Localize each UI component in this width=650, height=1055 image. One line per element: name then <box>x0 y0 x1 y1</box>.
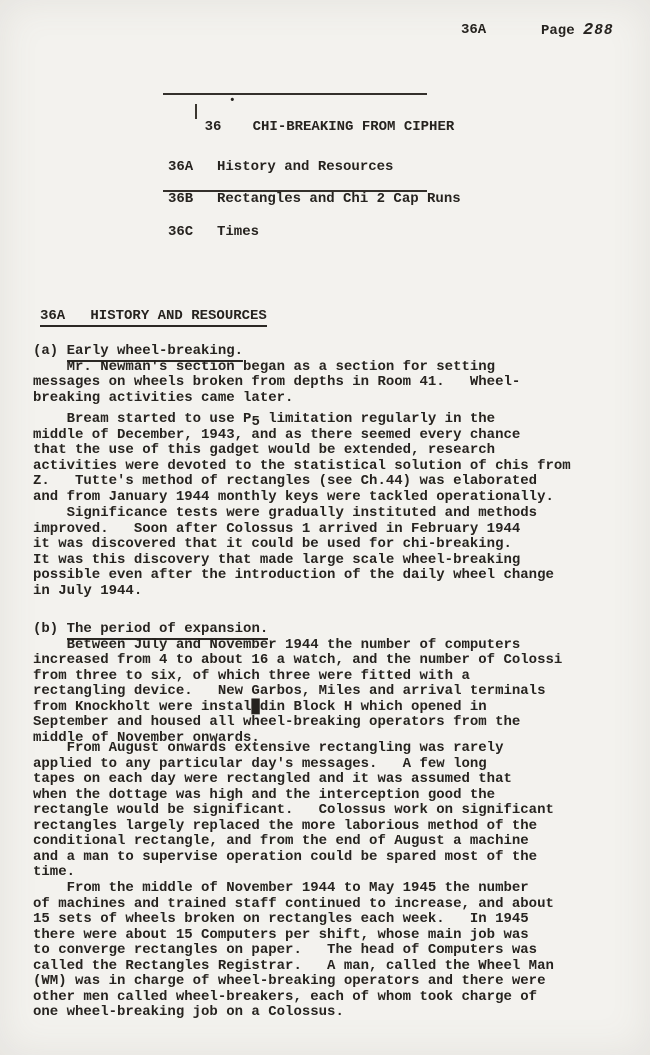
paragraph-period-of-expansion: (b) The period of expansion. Between Jul… <box>33 622 562 746</box>
toc-item-36a: 36A History and Resources <box>168 160 461 176</box>
paragraph-early-wheel-breaking: (a) Early wheel-breaking. Mr. Newman's s… <box>33 344 520 406</box>
toc-label: Times <box>217 225 259 241</box>
paragraph-bream-p5: Bream started to use P5 limitation regul… <box>33 412 571 505</box>
toc-label: History and Resources <box>217 160 393 176</box>
chapter-title: CHI-BREAKING FROM CIPHER <box>253 119 455 135</box>
subsection-label: (a) <box>33 343 67 359</box>
chapter-contents-list: 36A History and Resources 36B Rectangles… <box>168 160 461 257</box>
paragraph-november-expansion: From the middle of November 1944 to May … <box>33 881 554 1021</box>
section-heading-36a: 36A HISTORY AND RESOURCES <box>40 308 267 324</box>
header-section-number: 36A <box>461 22 486 38</box>
toc-number: 36A <box>168 160 217 176</box>
toc-number: 36B <box>168 192 217 208</box>
page-label: Page <box>541 23 583 39</box>
page-number-typed-digits: 88 <box>594 23 613 39</box>
toc-label: Rectangles and Chi 2 Cap Runs <box>217 192 461 208</box>
page-number-handwritten-digit: 2 <box>583 21 594 40</box>
subsection-label: (b) <box>33 621 67 637</box>
section-heading-text: 36A HISTORY AND RESOURCES <box>40 308 267 327</box>
paragraph-significance-tests: Significance tests were gradually instit… <box>33 506 554 599</box>
toc-item-36b: 36B Rectangles and Chi 2 Cap Runs <box>168 192 461 208</box>
chi-dot-mark: • <box>229 98 236 105</box>
chapter-number: 36 <box>205 119 253 135</box>
paragraph-body: Bream started to use P <box>33 411 251 427</box>
header-page-number: Page 288 <box>541 21 614 40</box>
scanned-document-page: 36A Page 288 36CHI-BREAKING FROM CIPHER … <box>0 0 650 1055</box>
p5-subscript: 5 <box>251 414 259 430</box>
toc-item-36c: 36C Times <box>168 225 461 241</box>
toc-number: 36C <box>168 225 217 241</box>
paragraph-august-rectangling: From August onwards extensive rectanglin… <box>33 741 554 881</box>
title-cell-divider <box>195 104 197 119</box>
paragraph-body: Between July and November 1944 the numbe… <box>33 637 562 746</box>
paragraph-body: Mr. Newman's section began as a section … <box>33 359 520 406</box>
